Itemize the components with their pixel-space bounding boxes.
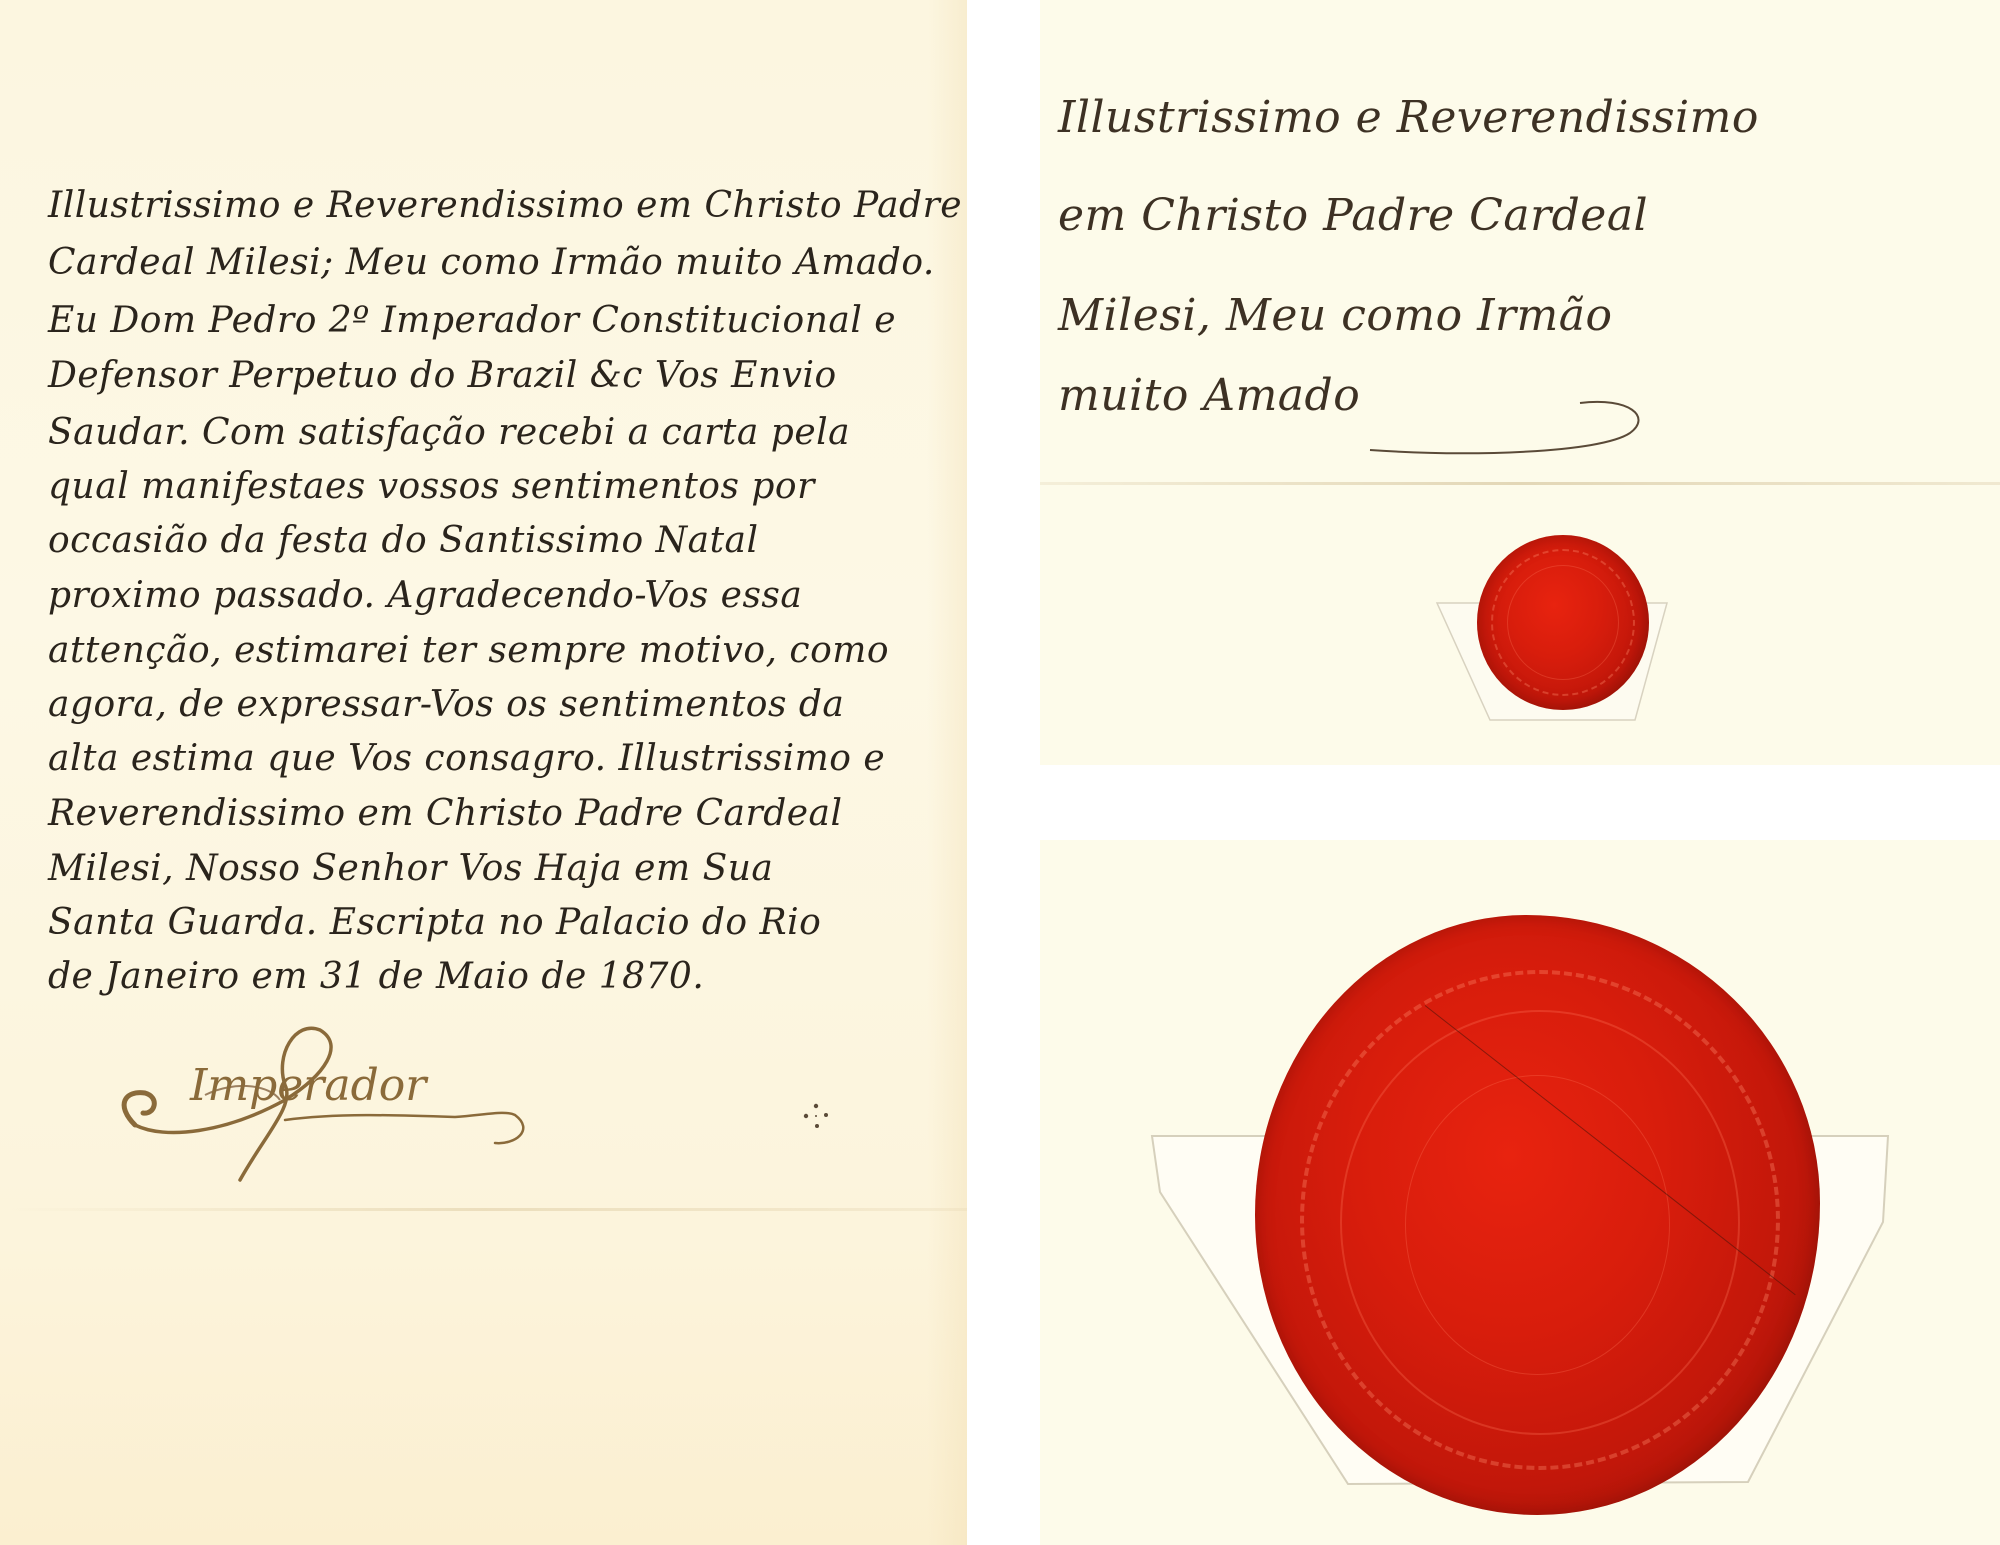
address-line: muito Amado — [1058, 370, 1360, 421]
letter-line: agora, de expressar-Vos os sentimentos d… — [48, 684, 844, 725]
letter-line: Saudar. Com satisfação recebi a carta pe… — [48, 412, 850, 453]
letter-page: Illustrissimo e Reverendissimo em Christ… — [0, 0, 967, 1545]
letter-line: Eu Dom Pedro 2º Imperador Constitucional… — [48, 300, 896, 341]
letter-line: proximo passado. Agradecendo-Vos essa — [48, 575, 802, 616]
address-flourish — [1330, 385, 1670, 465]
envelope-panel: Illustrissimo e Reverendissimo em Christ… — [1040, 0, 2000, 765]
letter-line: Defensor Perpetuo do Brazil &c Vos Envio — [48, 355, 837, 396]
signature: Imperador — [190, 1060, 426, 1111]
address-line: Milesi, Meu como Irmão — [1058, 290, 1612, 341]
letter-line: de Janeiro em 31 de Maio de 1870. — [48, 956, 704, 997]
address-line: em Christo Padre Cardeal — [1058, 190, 1648, 241]
seal-icon — [1255, 915, 1820, 1515]
address-line: Illustrissimo e Reverendissimo — [1058, 92, 1759, 143]
letter-line: Cardeal Milesi; Meu como Irmão muito Ama… — [48, 242, 935, 283]
letter-line: occasião da festa do Santissimo Natal — [48, 520, 759, 561]
letter-line: Reverendissimo em Christo Padre Cardeal — [48, 793, 843, 834]
letter-line: Illustrissimo e Reverendissimo em Christ… — [48, 185, 962, 226]
fold-line — [1040, 482, 2000, 485]
letter-line: Milesi, Nosso Senhor Vos Haja em Sua — [48, 848, 773, 889]
seal-icon — [1477, 535, 1649, 710]
letter-line: attenção, estimarei ter sempre motivo, c… — [48, 630, 889, 671]
seal-closeup-panel — [1040, 840, 2000, 1545]
letter-line: qual manifestaes vossos sentimentos por — [48, 466, 815, 507]
signature-dots — [798, 1098, 838, 1138]
letter-line: Santa Guarda. Escripta no Palacio do Rio — [48, 902, 821, 943]
letter-line: alta estima que Vos consagro. Illustriss… — [48, 738, 885, 779]
